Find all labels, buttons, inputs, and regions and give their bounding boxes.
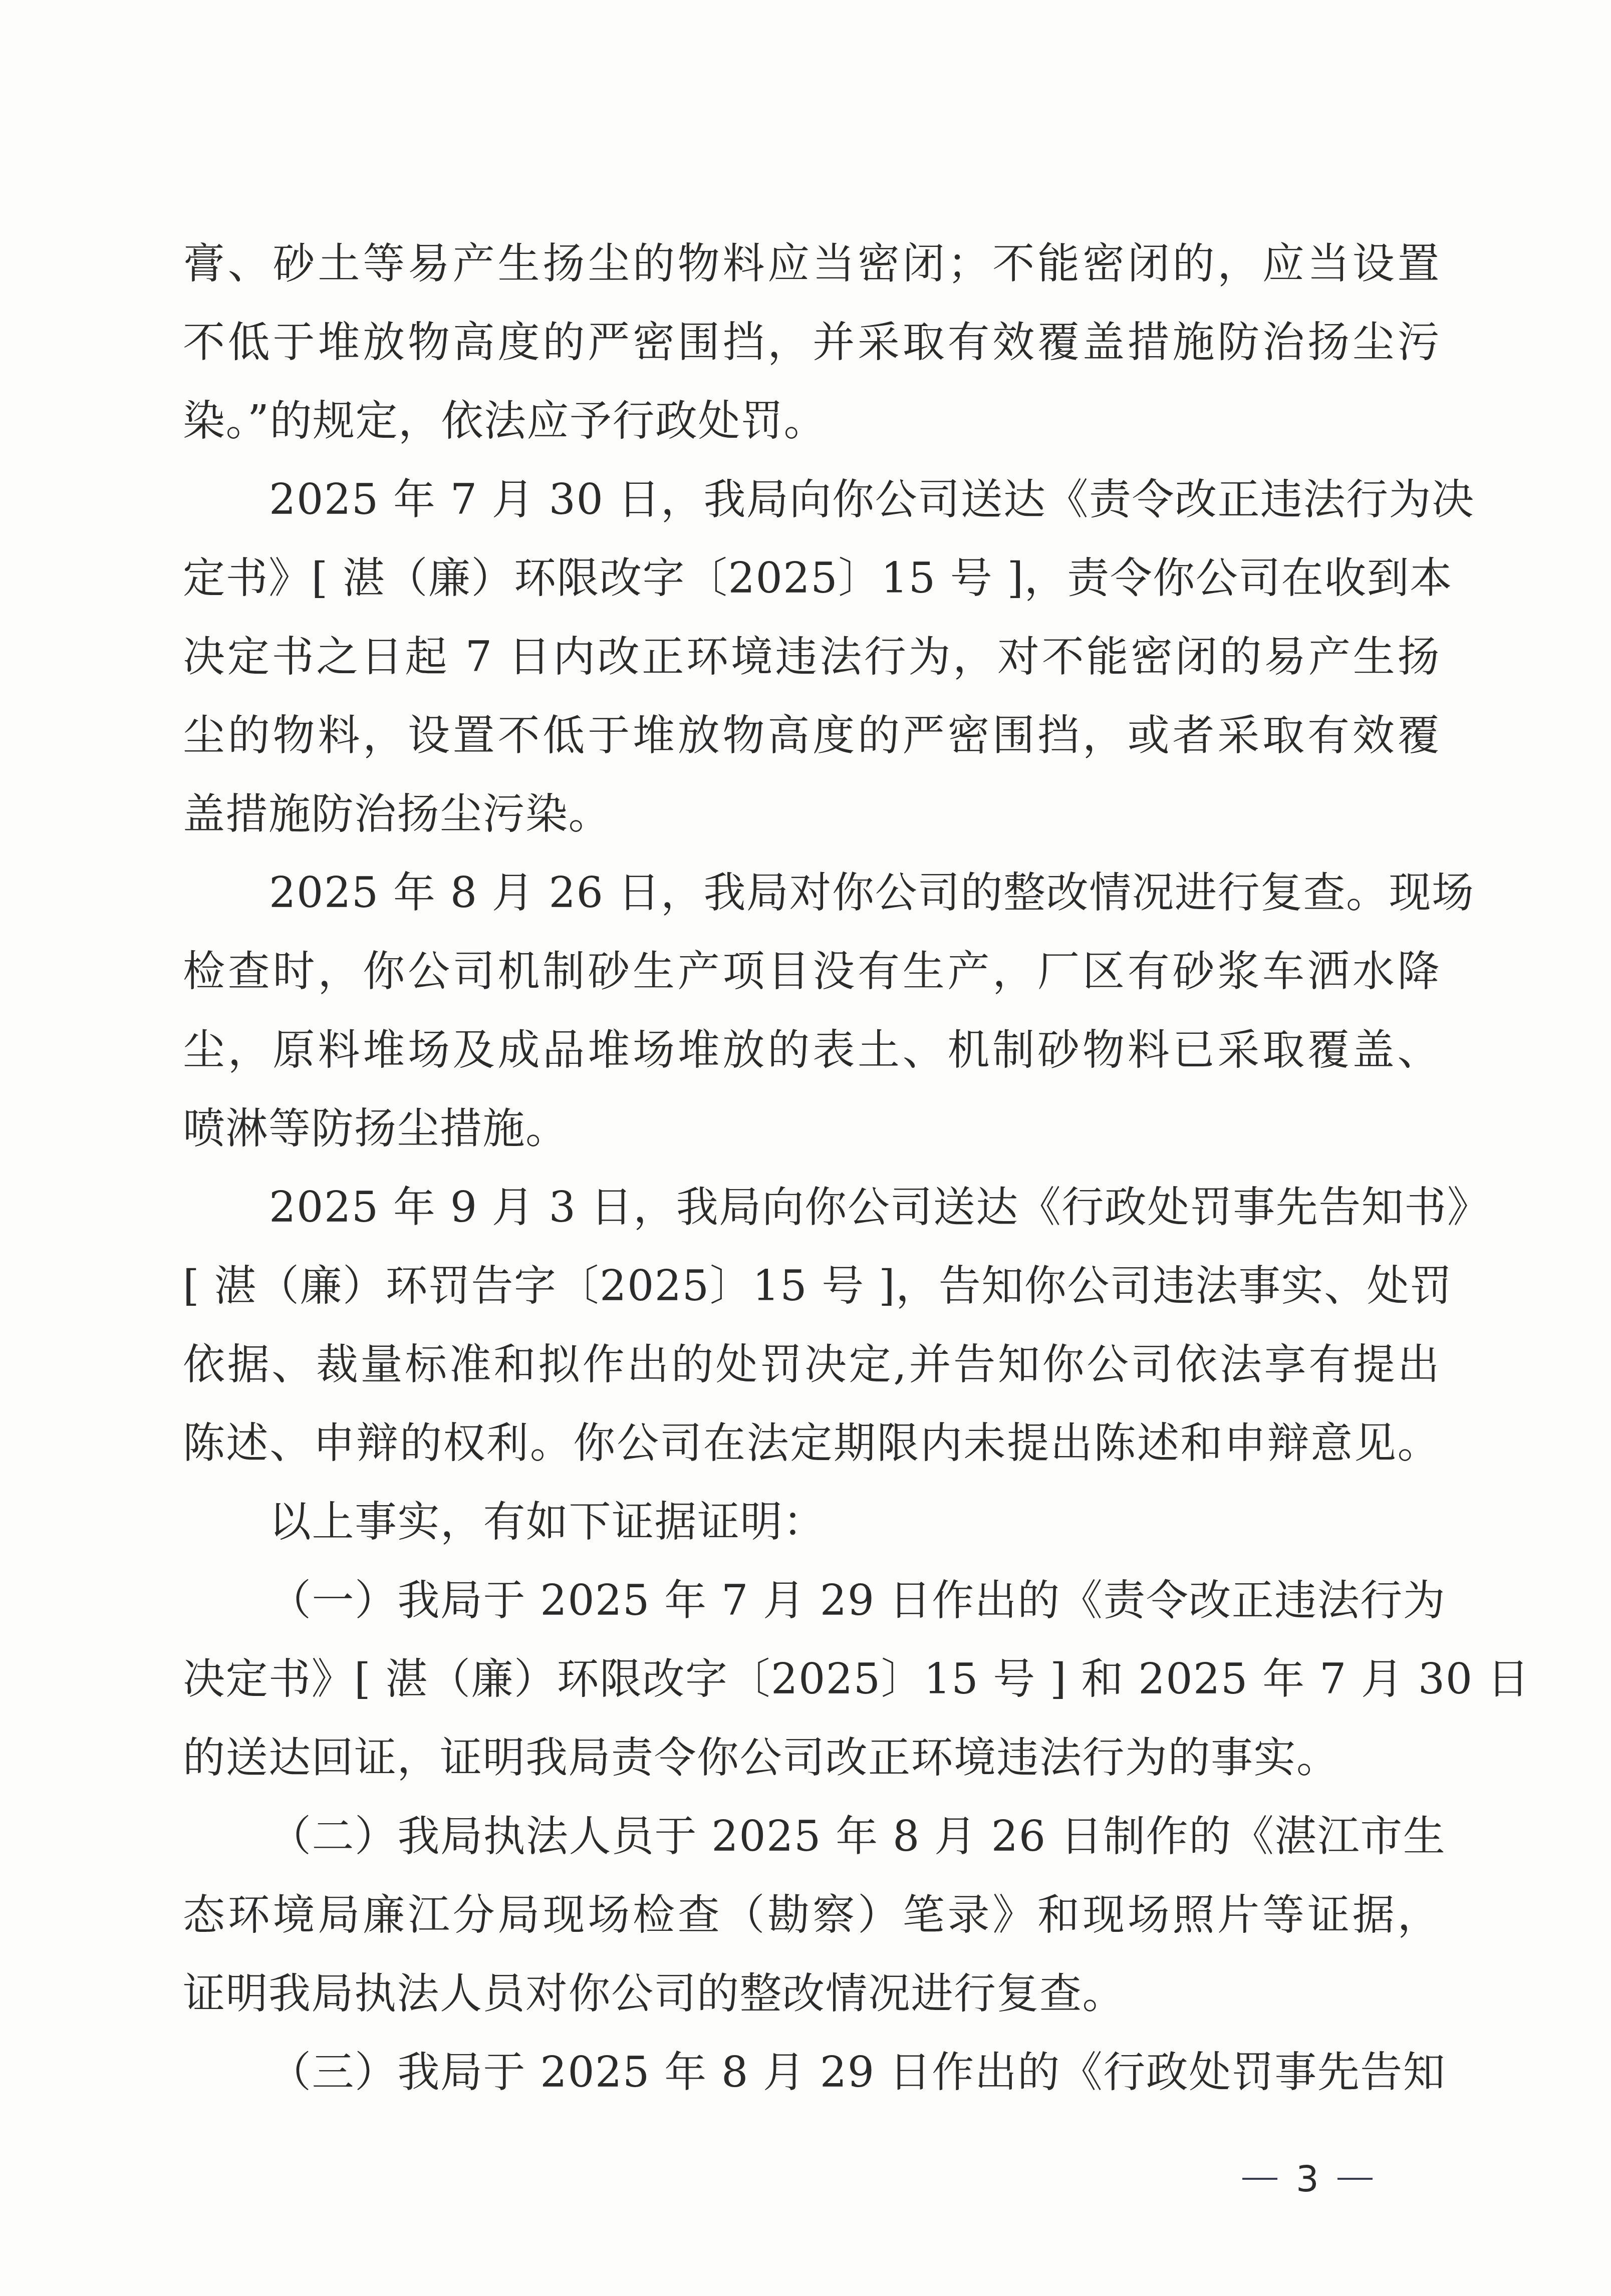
text-line: 定书》[ 湛（廉）环限改字〔2025〕15 号 ]，责令你公司在收到本: [183, 539, 1440, 618]
page-number: 3: [1242, 2154, 1373, 2204]
text-line: 尘，原料堆场及成品堆场堆放的表土、机制砂物料已采取覆盖、: [183, 1011, 1440, 1089]
text-line: [ 湛（廉）环罚告字〔2025〕15 号 ]，告知你公司违法事实、处罚: [183, 1247, 1440, 1325]
text-line: 态环境局廉江分局现场检查（勘察）笔录》和现场照片等证据，: [183, 1876, 1440, 1954]
section-lead: 以上事实，有如下证据证明：: [183, 1483, 1440, 1561]
text-line: 2025 年 8 月 26 日，我局对你公司的整改情况进行复查。现场: [183, 853, 1440, 932]
text-line: 2025 年 7 月 30 日，我局向你公司送达《责令改正违法行为决: [183, 460, 1440, 539]
evidence-item: （三）我局于 2025 年 8 月 29 日作出的《行政处罚事先告知: [183, 2033, 1440, 2112]
text-line: 不低于堆放物高度的严密围挡，并采取有效覆盖措施防治扬尘污: [183, 303, 1440, 382]
text-line: 染。”的规定，依法应予行政处罚。: [183, 382, 1440, 460]
document-body: 膏、砂土等易产生扬尘的物料应当密闭；不能密闭的，应当设置 不低于堆放物高度的严密…: [183, 224, 1440, 2112]
text-line: 决定书》[ 湛（廉）环限改字〔2025〕15 号 ] 和 2025 年 7 月 …: [183, 1640, 1440, 1718]
text-line: 陈述、申辩的权利。你公司在法定期限内未提出陈述和申辩意见。: [183, 1404, 1440, 1483]
page-number-value: 3: [1296, 2158, 1319, 2200]
dash-right: [1337, 2178, 1373, 2180]
dash-left: [1242, 2178, 1277, 2180]
text-line: 喷淋等防扬尘措施。: [183, 1089, 1440, 1168]
text-line: 膏、砂土等易产生扬尘的物料应当密闭；不能密闭的，应当设置: [183, 224, 1440, 303]
evidence-item: （一）我局于 2025 年 7 月 29 日作出的《责令改正违法行为: [183, 1561, 1440, 1640]
text-line: 的送达回证，证明我局责令你公司改正环境违法行为的事实。: [183, 1718, 1440, 1797]
text-line: 检查时，你公司机制砂生产项目没有生产，厂区有砂浆车洒水降: [183, 932, 1440, 1011]
text-line: 决定书之日起 7 日内改正环境违法行为，对不能密闭的易产生扬: [183, 618, 1440, 696]
evidence-item: （二）我局执法人员于 2025 年 8 月 26 日制作的《湛江市生: [183, 1797, 1440, 1876]
text-line: 证明我局执法人员对你公司的整改情况进行复查。: [183, 1954, 1440, 2033]
text-line: 依据、裁量标准和拟作出的处罚决定,并告知你公司依法享有提出: [183, 1325, 1440, 1404]
text-line: 尘的物料，设置不低于堆放物高度的严密围挡，或者采取有效覆: [183, 696, 1440, 775]
text-line: 2025 年 9 月 3 日，我局向你公司送达《行政处罚事先告知书》: [183, 1168, 1440, 1247]
text-line: 盖措施防治扬尘污染。: [183, 775, 1440, 853]
